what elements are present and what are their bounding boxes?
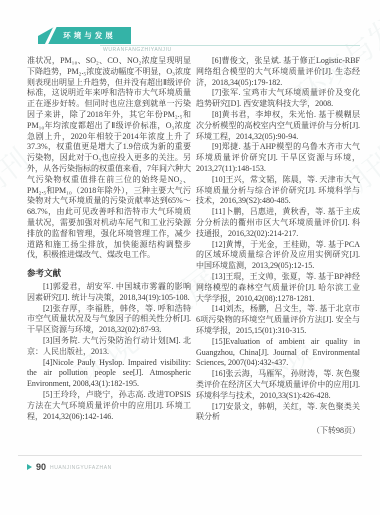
references-list-left: [1]郭爱君，胡安军. 中国城市雾霾的影响因素研究[J]. 统计与决策，2018… <box>27 282 191 422</box>
references-heading: 参考文献 <box>27 268 191 279</box>
reference-item: [17]安景文，韩朝，关红，等. 灰色聚类关联分析 <box>196 402 360 424</box>
header-rule <box>100 45 360 46</box>
reference-item: [16]张云海，马雁军，孙财涛，等. 灰色聚类评价在经济区大气环境质量评价中的应… <box>196 369 360 401</box>
reference-item: [7]张军. 宝鸡市大气环境质量评价及变化趋势研究[D]. 西安建筑科技大学，2… <box>196 88 360 110</box>
reference-item: [10]王兴，常文韬，陈晨，等. 天津市大气环境质量分析与综合评价研究[J]. … <box>196 175 360 207</box>
reference-item: [1]郭爱君，胡安军. 中国城市雾霾的影响因素研究[J]. 统计与决策，2018… <box>27 282 191 304</box>
reference-item: [11]卜鹏，吕惠进，黄秋香，等. 基于主成分分析法的衢州市区大气环境质量评价[… <box>196 207 360 239</box>
reference-item: [2]张存厚，李福胜，韩佟，等. 呼和浩特市空气质量状况及与气象因子的相关性分析… <box>27 304 191 336</box>
page-arrow-icon <box>27 464 32 470</box>
reference-item: [12]黄博，于光金，王桂勋，等. 基于PCA的区域环境质量综合评价及应用实例研… <box>196 240 360 272</box>
page-footer: 90 HUANJINGYUFAZHAN <box>27 461 112 473</box>
journal-pinyin: HUANJINGYUFAZHAN <box>50 465 112 471</box>
references-list-right: [6]曹俊文，张呈斌. 基于修正Logistic-RBF网络组合模型的大气环境质… <box>196 56 360 423</box>
reference-item: [15]Evaluation of ambient air quality in… <box>196 337 360 369</box>
reference-item: [6]曹俊文，张呈斌. 基于修正Logistic-RBF网络组合模型的大气环境质… <box>196 56 360 88</box>
section-banner: 环境与发展 <box>38 27 131 44</box>
footer-rule <box>18 455 362 456</box>
reference-item: [13]王琨，王文帅，张夏，等. 基于BP神经网络模型的森林空气质量评价[J].… <box>196 272 360 304</box>
conclusion-paragraph: 准状况，PM₁₀、SO₂、CO、NO₂浓度呈现明显下降趋势，PM₂.₅浓度波动幅… <box>27 56 191 261</box>
continuation-note: （下转98页） <box>196 426 360 437</box>
reference-item: [14]刘杰，杨鹏，吕文生，等. 基于北京市6项污染物的环境空气质量评价方法[J… <box>196 304 360 336</box>
left-column: 准状况，PM₁₀、SO₂、CO、NO₂浓度呈现明显下降趋势，PM₂.₅浓度波动幅… <box>27 56 191 422</box>
reference-item: [9]郑捷. 基于AHP模型的乌鲁木齐市大气环境质量评价研究[J]. 干旱区资源… <box>196 142 360 174</box>
right-column: [6]曹俊文，张呈斌. 基于修正Logistic-RBF网络组合模型的大气环境质… <box>196 56 360 437</box>
reference-item: [4]Nicole Pauly Hyslop. Impaired visibil… <box>27 358 191 390</box>
section-pinyin: WURANFANGZHIYANJIU <box>103 47 172 53</box>
reference-item: [5]王玲玲，卢晓宁，孙志高. 改进TOPSIS方法在大气环境质量评价中的应用[… <box>27 390 191 422</box>
page-number: 90 <box>36 462 46 472</box>
journal-page: 环境与发展期刊期刊环境与发展环境发展 环境与发展 WURANFANGZHIYAN… <box>0 0 380 515</box>
reference-item: [3]国务院. 大气污染防治行动计划[M]. 北京：人民出版社，2013. <box>27 336 191 358</box>
reference-item: [8]黄书君，李坤权，朱光怡. 基于模糊层次分析模型的高校室内空气质量评价与分析… <box>196 110 360 142</box>
